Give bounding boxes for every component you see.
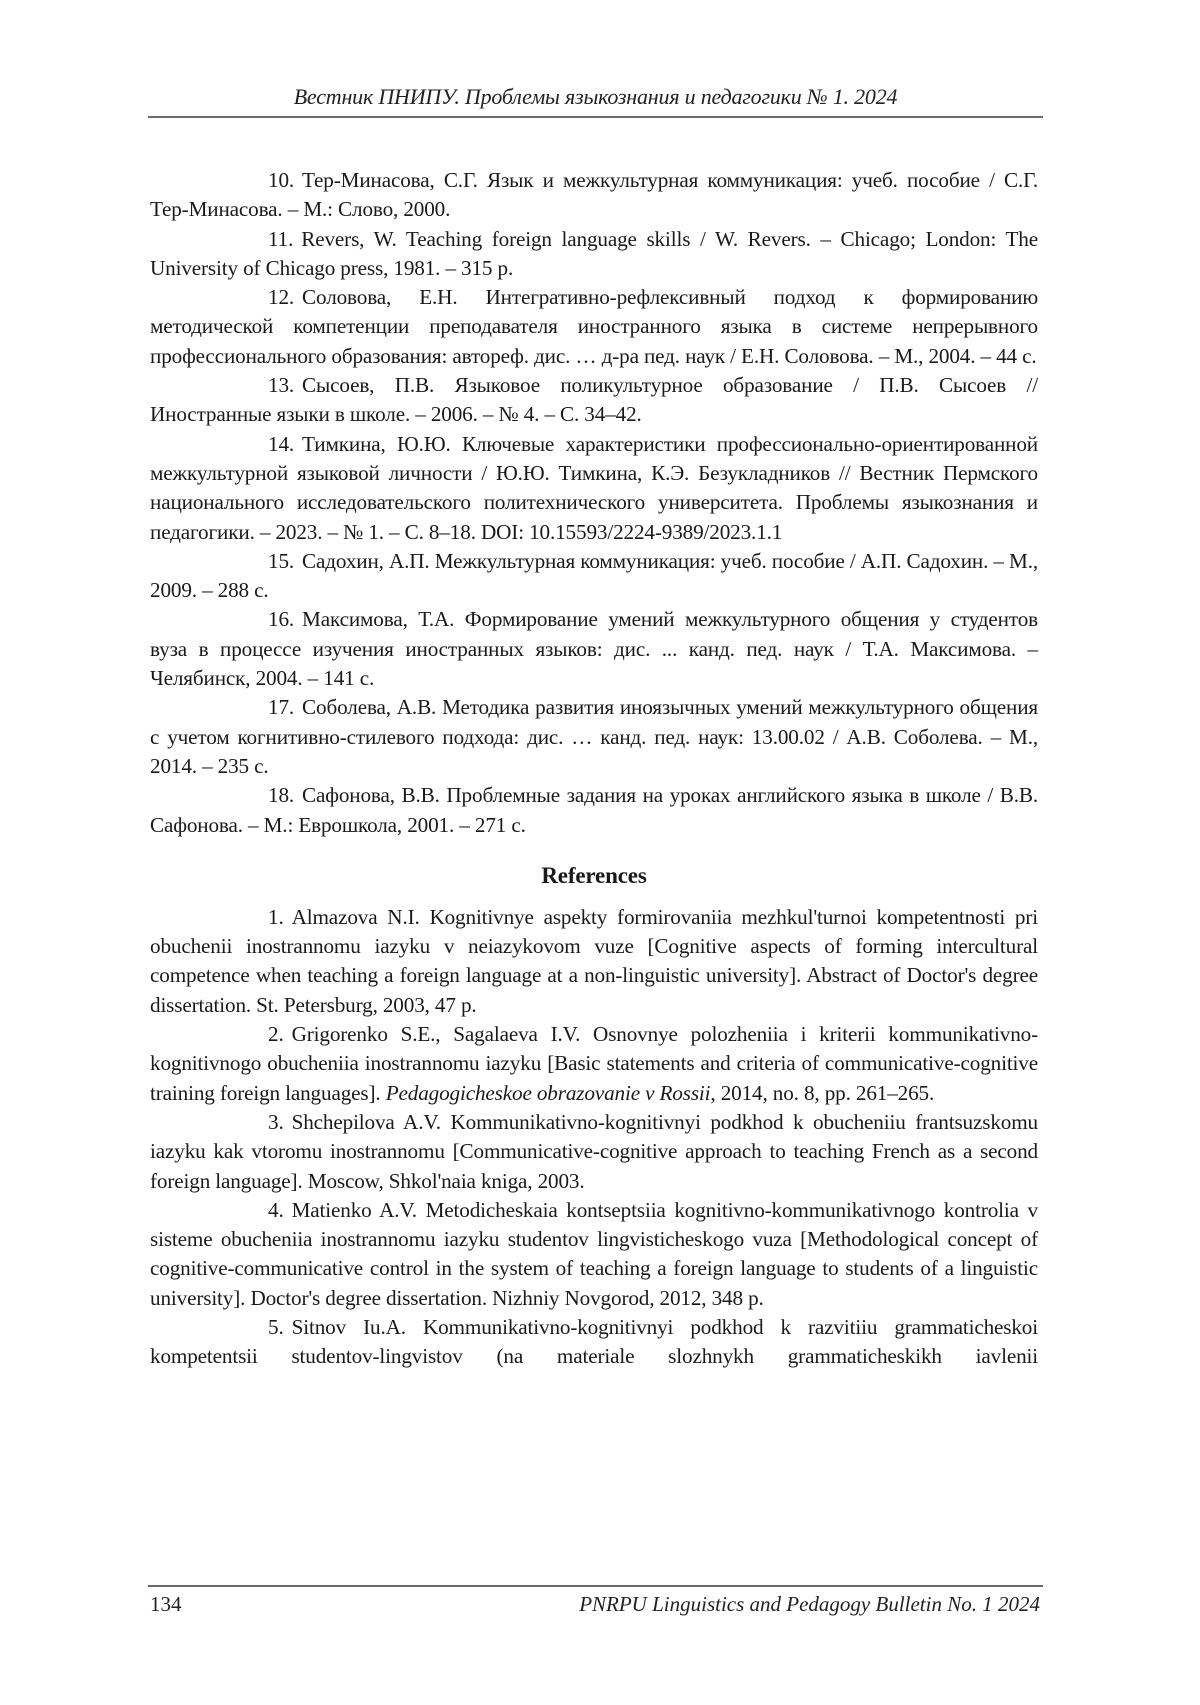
reference-number: 3. bbox=[209, 1108, 284, 1137]
reference-entry: 11.Revers, W. Teaching foreign language … bbox=[150, 225, 1038, 284]
reference-entry: 18.Сафонова, В.В. Проблемные задания на … bbox=[150, 781, 1038, 840]
reference-number: 14. bbox=[209, 430, 294, 459]
running-footer: PNRPU Linguistics and Pedagogy Bulletin … bbox=[579, 1592, 1040, 1617]
footer-rule bbox=[148, 1585, 1043, 1587]
reference-number: 2. bbox=[209, 1020, 284, 1049]
reference-number: 10. bbox=[209, 166, 294, 195]
reference-number: 11. bbox=[209, 225, 293, 254]
reference-entry: 13.Сысоев, П.В. Языковое поликультурное … bbox=[150, 371, 1038, 430]
reference-number: 13. bbox=[209, 371, 294, 400]
reference-entry: 14.Тимкина, Ю.Ю. Ключевые характеристики… bbox=[150, 430, 1038, 547]
reference-entry: 1.Almazova N.I. Kognitivnye aspekty form… bbox=[150, 903, 1038, 1020]
reference-entry: 2.Grigorenko S.E., Sagalaeva I.V. Osnovn… bbox=[150, 1020, 1038, 1108]
reference-entry: 17.Соболева, А.В. Методика развития иноя… bbox=[150, 693, 1038, 781]
reference-entry: 15.Садохин, А.П. Межкультурная коммуника… bbox=[150, 547, 1038, 606]
page-number: 134 bbox=[150, 1592, 182, 1617]
reference-number: 1. bbox=[209, 903, 284, 932]
page-body: 10.Тер-Минасова, С.Г. Язык и межкультурн… bbox=[150, 166, 1038, 1372]
reference-entry: 12.Соловова, Е.Н. Интегративно-рефлексив… bbox=[150, 283, 1038, 371]
references-heading: References bbox=[150, 861, 1038, 891]
reference-number: 17. bbox=[209, 693, 294, 722]
header-rule bbox=[148, 116, 1043, 118]
reference-entry: 10.Тер-Минасова, С.Г. Язык и межкультурн… bbox=[150, 166, 1038, 225]
reference-number: 5. bbox=[209, 1313, 284, 1342]
reference-text-tail: , 2014, no. 8, pp. 261–265. bbox=[710, 1081, 934, 1105]
reference-number: 18. bbox=[209, 781, 294, 810]
running-header: Вестник ПНИПУ. Проблемы языкознания и пе… bbox=[148, 84, 1043, 110]
reference-number: 12. bbox=[209, 283, 294, 312]
reference-number: 16. bbox=[209, 605, 294, 634]
reference-entry: 3.Shchepilova A.V. Kommunikativno-kognit… bbox=[150, 1108, 1038, 1196]
reference-entry: 4.Matienko A.V. Metodicheskaia kontsepts… bbox=[150, 1196, 1038, 1313]
reference-entry: 16.Максимова, Т.А. Формирование умений м… bbox=[150, 605, 1038, 693]
reference-entry: 5.Sitnov Iu.A. Kommunikativno-kognitivny… bbox=[150, 1313, 1038, 1372]
journal-title: Pedagogicheskoe obrazovanie v Rossii bbox=[386, 1081, 711, 1105]
reference-number: 4. bbox=[209, 1196, 284, 1225]
reference-number: 15. bbox=[209, 547, 294, 576]
